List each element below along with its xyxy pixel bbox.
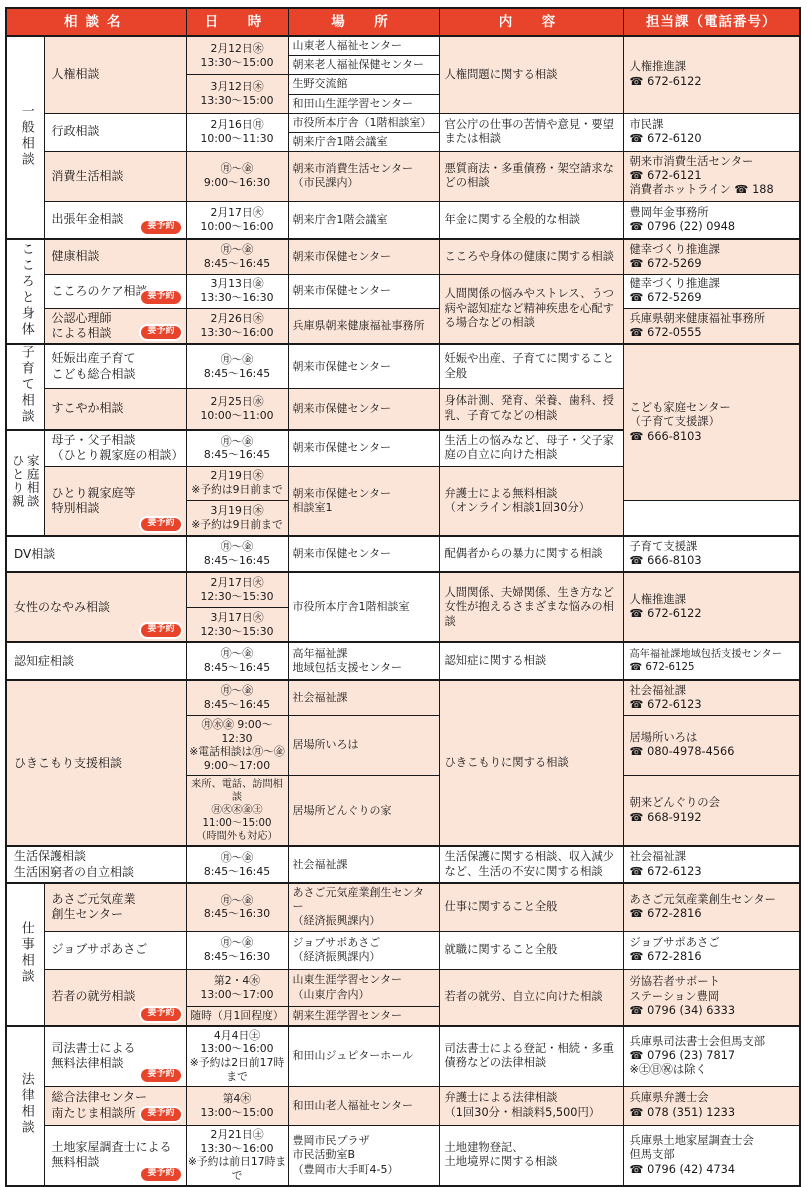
department-cell: 朝来どんぐりの会 ☎ 668-9192 [623,776,800,847]
content-cell: 弁護士による法律相談 （1回30分・相談料5,500円） [439,1086,623,1125]
department-cell: 労協若者サポート ステーション豊岡 ☎ 0796 (34) 6333 [623,969,800,1026]
reservation-required-badge: 要予約 [139,622,182,639]
place-cell: 豊岡市民プラザ 市民活動室B （豊岡市大手町4-5） [288,1125,439,1186]
date-cell: ㊊～㊎ 8:45～16:45 [186,680,288,715]
reservation-required-badge: 要予約 [139,289,182,306]
reservation-required-badge: 要予約 [139,516,182,533]
date-cell: ㊊～㊎ 8:45～16:45 [186,344,288,388]
department-cell: 社会福祉課 ☎ 672-6123 [623,846,800,883]
schedule-table: 相談名 日 時 場 所 内 容 担当課（電話番号） 一般相談 人権相談 2月12… [5,7,801,1187]
row-name-josei: 女性のなやみ相談要予約 [6,572,186,642]
row-name-ninchisho: 認知症相談 [6,642,186,680]
reservation-required-badge: 要予約 [139,1067,182,1084]
row-name-sukoyaka: すこやか相談 [44,388,186,430]
place-cell: ジョブサポあさご （経済振興課内） [288,931,439,969]
date-cell: ㊊～㊎ 8:45～16:45 [186,430,288,466]
place-cell: 市役所本庁舎1階相談室 [288,572,439,642]
content-cell: 弁護士による無料相談 （オンライン相談1回30分） [439,466,623,536]
content-cell: 人権問題に関する相談 [439,36,623,113]
row-name-gyosei: 行政相談 [44,113,186,151]
date-cell: ㊊～㊎ 8:45～16:45 [186,642,288,680]
consultation-schedule-table: 相談名 日 時 場 所 内 容 担当課（電話番号） 一般相談 人権相談 2月12… [5,7,801,1187]
header-row: 相談名 日 時 場 所 内 容 担当課（電話番号） [6,8,800,36]
place-cell: 社会福祉課 [288,846,439,883]
place-cell: 兵庫県朝来健康福祉事務所 [288,308,439,344]
date-cell: ㊊～㊎ 8:45～16:30 [186,883,288,931]
department-cell: 人権推進課 ☎ 672-6122 [623,572,800,642]
department-cell: あさご元気産業創生センター ☎ 672-2816 [623,883,800,931]
department-cell: 健幸づくり推進課 ☎ 672-5269 [623,239,800,274]
place-cell: 朝来庁舎1階会議室 [288,132,439,151]
place-cell: 朝来市消費生活センター （市民課内） [288,151,439,201]
place-cell: 朝来老人福祉保健センター [288,56,439,75]
reservation-required-badge: 要予約 [139,1006,182,1023]
date-cell: 3月17日㊋ 12:30～15:30 [186,607,288,642]
row-name-hikikomori: ひきこもり支援相談 [6,680,186,846]
content-cell: 官公庁の仕事の苦情や意見・要望または相談 [439,113,623,151]
place-cell: 山東生涯学習センター （山東庁舎内） [288,969,439,1006]
department-cell: 人権推進課 ☎ 672-6122 [623,36,800,113]
place-cell: 和田山老人福祉センター [288,1086,439,1125]
header-content: 内 容 [439,8,623,36]
date-cell: ㊊～㊎ 9:00～16:30 [186,151,288,201]
row-name-wakamono: 若者の就労相談要予約 [44,969,186,1026]
reservation-required-badge: 要予約 [139,219,182,236]
row-name-jinken: 人権相談 [44,36,186,113]
date-cell: 2月26日㊍ 13:30～16:00 [186,308,288,344]
content-cell: 司法書士による登記・相続・多重債務などの法律相談 [439,1026,623,1087]
date-cell: ㊊～㊎ 8:45～16:30 [186,931,288,969]
content-cell: ひきこもりに関する相談 [439,680,623,846]
date-cell: 2月19日㊍ ※予約は9日前まで [186,466,288,500]
content-cell: こころや身体の健康に関する相談 [439,239,623,274]
row-name-seikatsu: 生活保護相談 生活困窮者の自立相談 [6,846,186,883]
department-cell: 兵庫県朝来健康福祉事務所 ☎ 672-0555 [623,308,800,344]
department-cell: 社会福祉課 ☎ 672-6123 [623,680,800,715]
place-cell: 市役所本庁舎（1階相談室） [288,113,439,132]
date-cell: ㊊～㊎ 8:45～16:45 [186,536,288,572]
content-cell: 生活保護に関する相談、収入減少など、生活の不安に関する相談 [439,846,623,883]
place-cell: 朝来生涯学習センター [288,1006,439,1026]
category-work: 仕事相談 [6,883,44,1025]
place-cell: 和田山生涯学習センター [288,94,439,113]
department-cell: ジョブサポあさご ☎ 672-2816 [623,931,800,969]
date-cell: ㊊～㊎ 8:45～16:45 [186,239,288,274]
place-cell: 朝来市保健センター [288,274,439,308]
category-mind-body: こころと身体 [6,239,44,344]
date-cell: ㊊～㊎ 8:45～16:45 [186,846,288,883]
department-cell: 兵庫県弁護士会 ☎ 078 (351) 1233 [623,1086,800,1125]
department-cell: 兵庫県司法書士会但馬支部 ☎ 0796 (23) 7817 ※㊏㊐㊗は除く [623,1026,800,1087]
department-cell: 居場所いろは ☎ 080-4978-4566 [623,715,800,775]
place-cell: 社会福祉課 [288,680,439,715]
date-cell: 3月19日㊍ ※予約は9日前まで [186,500,288,536]
content-cell: 若者の就労、自立に向けた相談 [439,969,623,1026]
content-cell: 配偶者からの暴力に関する相談 [439,536,623,572]
content-cell: 就職に関すること全般 [439,931,623,969]
date-cell: 2月16日㊊ 10:00～11:30 [186,113,288,151]
date-cell: 4月4日㊏ 13:00～16:00 ※予約は2日前17時まで [186,1026,288,1087]
department-cell: 市民課 ☎ 672-6120 [623,113,800,151]
row-name-shinrishi: 公認心理師 による相談要予約 [44,308,186,344]
content-cell: 妊娠や出産、子育てに関すること全般 [439,344,623,388]
date-cell: 2月17日㊋ 10:00～16:00 [186,201,288,239]
place-cell: 居場所いろは [288,715,439,775]
date-cell: 2月12日㊍ 13:30～15:00 [186,36,288,75]
reservation-required-badge: 要予約 [139,1106,182,1123]
department-cell: 健幸づくり推進課 ☎ 672-5269 [623,274,800,308]
date-cell: ㊊㊌㊎ 9:00～12:30 ※電話相談は㊊～㊎ 9:00～17:00 [186,715,288,775]
header-datetime: 日 時 [186,8,288,36]
category-general: 一般相談 [6,36,44,239]
date-cell: 随時（月1回程度） [186,1006,288,1026]
header-consultation-name: 相談名 [6,8,186,36]
content-cell: 人間関係の悩みやストレス、うつ病や認知症など精神疾患を心配する場合などの相談 [439,274,623,344]
reservation-required-badge: 要予約 [139,1166,182,1183]
row-name-jobsapo: ジョブサポあさご [44,931,186,969]
header-department: 担当課（電話番号） [623,8,800,36]
place-cell: 朝来市保健センター [288,388,439,430]
place-cell: 生野交流館 [288,75,439,94]
row-name-kenko: 健康相談 [44,239,186,274]
content-cell: 悪質商法・多重債務・架空請求などの相談 [439,151,623,201]
place-cell: 朝来市保健センター [288,536,439,572]
date-cell: 第2・4㊌ 13:00～17:00 [186,969,288,1006]
place-cell: 朝来市保健センター [288,430,439,466]
place-cell: あさご元気産業創生センター （経済振興課内） [288,883,439,931]
row-name-nenkin: 出張年金相談要予約 [44,201,186,239]
place-cell: 朝来庁舎1階会議室 [288,201,439,239]
place-cell: 山東老人福祉センター [288,36,439,56]
reservation-required-badge: 要予約 [139,324,182,341]
place-cell: 居場所どんぐりの家 [288,776,439,847]
date-cell: 来所、電話、訪問相談 ㊊㊋㊍㊎㊏ 11:00～15:00 （時間外も対応） [186,776,288,847]
row-name-sogo: 総合法律センター 南たじま相談所要予約 [44,1086,186,1125]
date-cell: 2月17日㊋ 12:30～15:30 [186,572,288,607]
header-place: 場 所 [288,8,439,36]
row-name-asago: あさご元気産業 創生センター [44,883,186,931]
category-childcare: 子育て相談 [6,344,44,430]
place-cell: 朝来市保健センター [288,239,439,274]
row-name-dv: DV相談 [6,536,186,572]
row-name-shiho: 司法書士による 無料法律相談要予約 [44,1026,186,1087]
content-cell: 土地建物登記、 土地境界に関する相談 [439,1125,623,1186]
row-name-tokubetsu: ひとり親家庭等 特別相談要予約 [44,466,186,536]
category-single-parent: ひとり親 家庭相談 [6,430,44,536]
department-cell: 朝来市消費生活センター ☎ 672-6121 消費者ホットライン ☎ 188 [623,151,800,201]
category-legal: 法律相談 [6,1026,44,1187]
content-cell: 生活上の悩みなど、母子・父子家庭の自立に向けた相談 [439,430,623,466]
content-cell: 人間関係、夫婦関係、生き方など女性が抱えるさまざまな悩みの相談 [439,572,623,642]
date-cell: 3月13日㊎ 13:30～16:30 [186,274,288,308]
department-cell: 子育て支援課 ☎ 666-8103 [623,536,800,572]
date-cell: 第4㊍ 13:00～15:00 [186,1086,288,1125]
date-cell: 2月21日㊏ 13:30～16:00 ※予約は前日17時まで [186,1125,288,1186]
row-name-boshi: 母子・父子相談 （ひとり親家庭の相談） [44,430,186,466]
row-name-tochi: 土地家屋調査士による 無料相談要予約 [44,1125,186,1186]
department-cell: 豊岡年金事務所 ☎ 0796 (22) 0948 [623,201,800,239]
content-cell: 仕事に関すること全般 [439,883,623,931]
department-cell: 高年福祉課地域包括支援センター ☎ 672-6125 [623,642,800,680]
place-cell: 朝来市保健センター [288,344,439,388]
row-name-ninshin: 妊娠出産子育て こども総合相談 [44,344,186,388]
department-cell: こども家庭センター （子育て支援課） ☎ 666-8103 [623,344,800,500]
content-cell: 年金に関する全般的な相談 [439,201,623,239]
row-name-shohi: 消費生活相談 [44,151,186,201]
place-cell: 朝来市保健センター 相談室1 [288,466,439,536]
date-cell: 3月12日㊍ 13:30～15:00 [186,75,288,113]
content-cell: 身体計測、発育、栄養、歯科、授乳、子育てなどの相談 [439,388,623,430]
date-cell: 2月25日㊌ 10:00～11:00 [186,388,288,430]
place-cell: 高年福祉課 地域包括支援センター [288,642,439,680]
place-cell: 和田山ジュピターホール [288,1026,439,1087]
department-cell: 兵庫県土地家屋調査士会 但馬支部 ☎ 0796 (42) 4734 [623,1125,800,1186]
row-name-kokoro-care: こころのケア相談要予約 [44,274,186,308]
content-cell: 認知症に関する相談 [439,642,623,680]
